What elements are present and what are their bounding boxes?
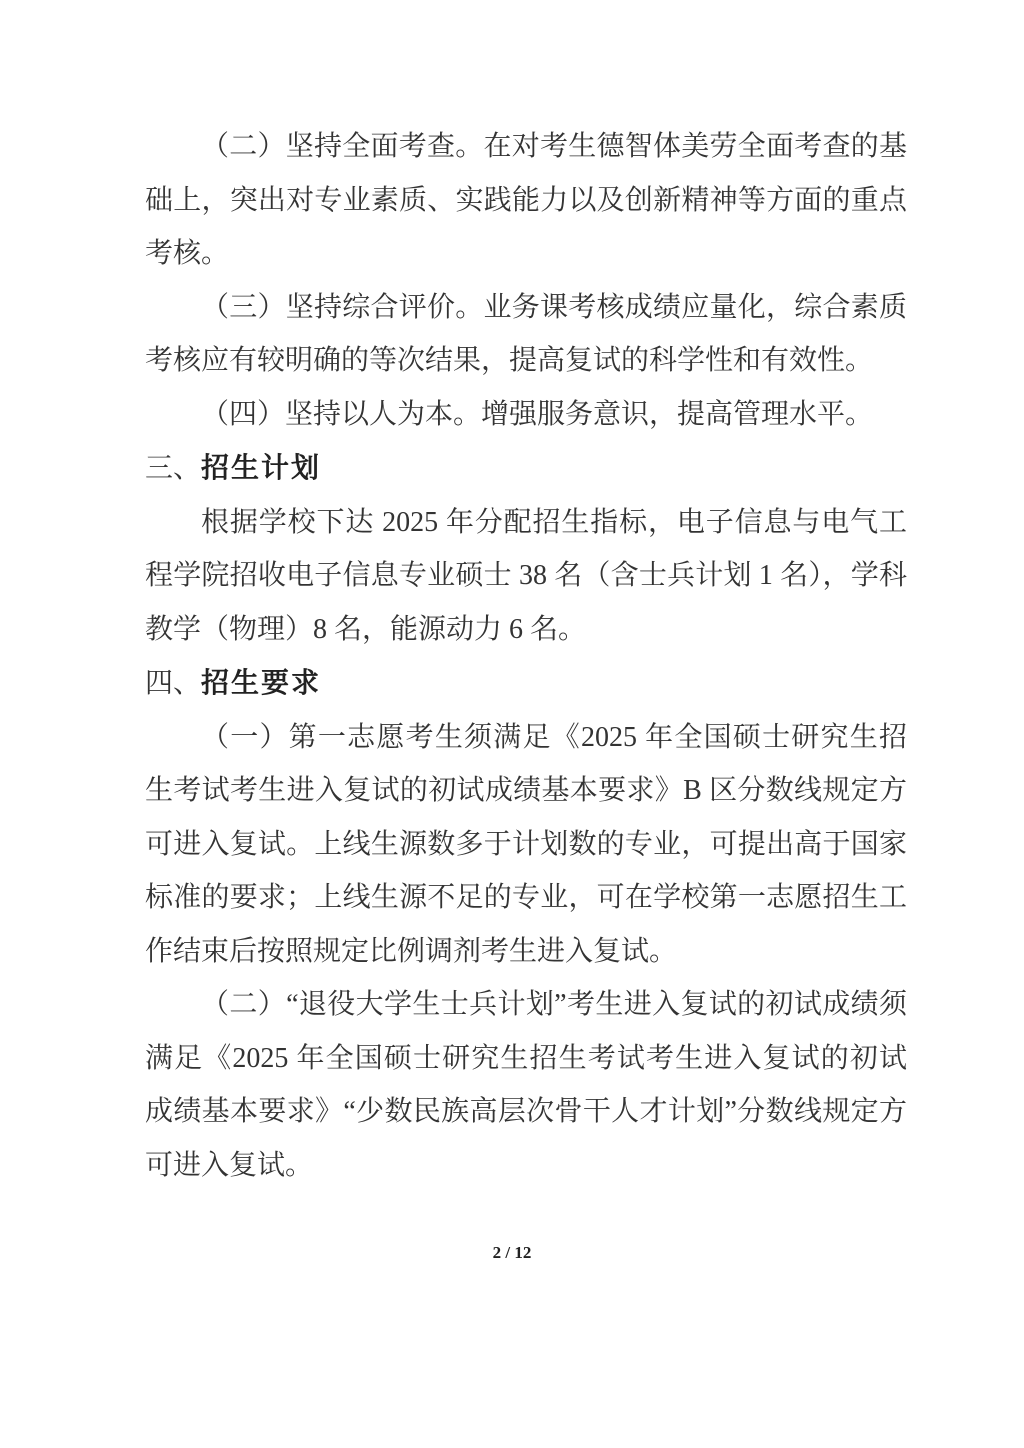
- section-heading-enrollment-plan: 三、招生计划: [145, 441, 907, 496]
- paragraph-requirement-1: （一）第一志愿考生须满足《2025 年全国硕士研究生招生考试考生进入复试的初试成…: [145, 711, 907, 979]
- page-number: 2 / 12: [0, 1243, 1024, 1263]
- section-heading-enrollment-requirements: 四、招生要求: [145, 656, 907, 711]
- paragraph-principle-2: （二）坚持全面考查。在对考生德智体美劳全面考查的基础上，突出对专业素质、实践能力…: [145, 120, 907, 281]
- section-title: 招生要求: [201, 667, 321, 698]
- paragraph-requirement-2: （二）“退役大学生士兵计划”考生进入复试的初试成绩须满足《2025 年全国硕士研…: [145, 978, 907, 1192]
- paragraph-principle-3: （三）坚持综合评价。业务课考核成绩应量化，综合素质考核应有较明确的等次结果，提高…: [145, 281, 907, 388]
- paragraph-enrollment-plan: 根据学校下达 2025 年分配招生指标，电子信息与电气工程学院招收电子信息专业硕…: [145, 496, 907, 657]
- section-title: 招生计划: [201, 452, 321, 483]
- document-page: （二）坚持全面考查。在对考生德智体美劳全面考查的基础上，突出对专业素质、实践能力…: [0, 0, 1024, 1448]
- section-number: 三、: [145, 453, 201, 484]
- paragraph-principle-4: （四）坚持以人为本。增强服务意识，提高管理水平。: [145, 388, 907, 442]
- section-number: 四、: [145, 668, 201, 699]
- page-body: （二）坚持全面考查。在对考生德智体美劳全面考查的基础上，突出对专业素质、实践能力…: [145, 120, 907, 1192]
